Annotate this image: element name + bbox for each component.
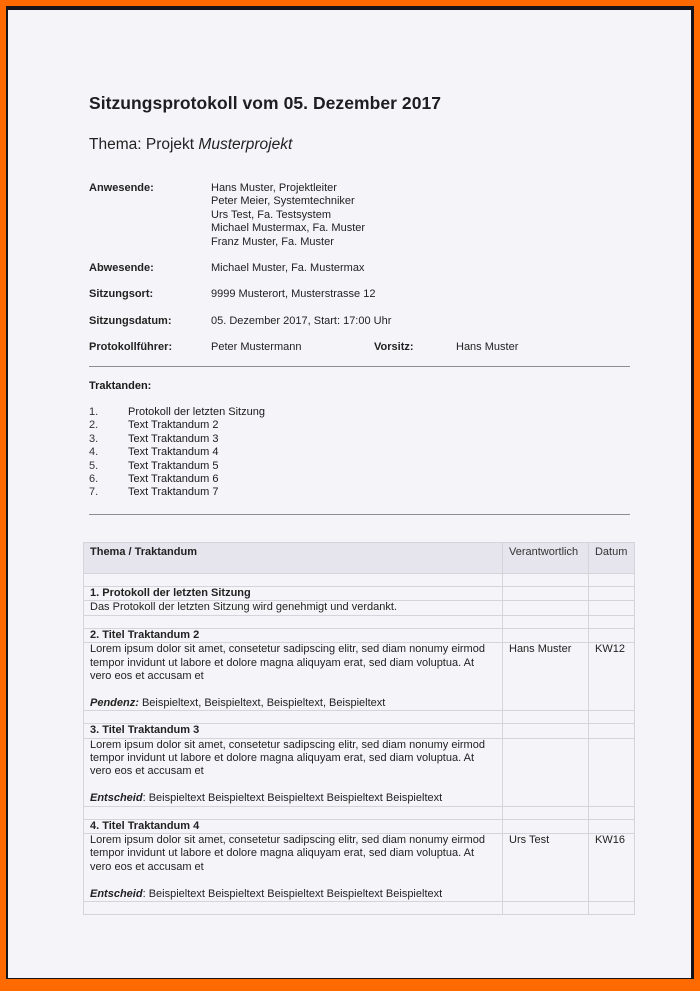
anwesende-label: Anwesende: (89, 182, 154, 194)
anwesende-list: Hans Muster, Projektleiter Peter Meier, … (211, 182, 365, 249)
date-cell (588, 601, 634, 615)
note-label: Entscheid (90, 888, 143, 900)
traktanden-heading: Traktanden: (89, 380, 151, 392)
note-label: Entscheid (90, 792, 143, 804)
item-text: Text Traktandum 4 (128, 446, 219, 459)
abwesende-value: Michael Muster, Fa. Mustermax (211, 262, 364, 275)
cell (503, 724, 589, 738)
table-row (84, 806, 635, 819)
table-row (84, 615, 635, 628)
note-text: Beispieltext, Beispieltext, Beispieltext… (139, 697, 385, 709)
responsible-cell (503, 738, 589, 806)
sitzungsdatum-value: 05. Dezember 2017, Start: 17:00 Uhr (211, 315, 391, 328)
item-number: 6. (89, 473, 98, 486)
thema-label: Thema: Projekt (89, 136, 198, 153)
item-text: Text Traktandum 6 (128, 473, 219, 486)
note-label: Pendenz: (90, 697, 139, 709)
table-row: Lorem ipsum dolor sit amet, consetetur s… (84, 643, 635, 711)
attendee: Peter Meier, Systemtechniker (211, 195, 365, 208)
section-title: 1. Protokoll der letzten Sitzung (84, 587, 503, 601)
note-text: : Beispieltext Beispieltext Beispieltext… (143, 792, 443, 804)
cell (588, 615, 634, 628)
cell (588, 806, 634, 819)
table-row: 1. Protokoll der letzten Sitzung (84, 587, 635, 601)
attendee: Franz Muster, Fa. Muster (211, 236, 365, 249)
section-note: Pendenz: Beispieltext, Beispieltext, Bei… (90, 697, 496, 710)
table-row: Lorem ipsum dolor sit amet, consetetur s… (84, 738, 635, 806)
cell (84, 806, 503, 819)
section-body: Lorem ipsum dolor sit amet, consetetur s… (90, 739, 496, 779)
table-row: Lorem ipsum dolor sit amet, consetetur s… (84, 834, 635, 902)
section-body: Lorem ipsum dolor sit amet, consetetur s… (90, 643, 496, 683)
responsible-cell: Hans Muster (503, 643, 589, 711)
responsible-cell: Urs Test (503, 834, 589, 902)
section-title: 4. Titel Traktandum 4 (84, 819, 503, 833)
section-body: Das Protokoll der letzten Sitzung wird g… (84, 601, 503, 615)
attendee: Michael Mustermax, Fa. Muster (211, 222, 365, 235)
document-page: Sitzungsprotokoll vom 05. Dezember 2017 … (8, 10, 691, 978)
cell (588, 711, 634, 724)
sitzungsdatum-label: Sitzungsdatum: (89, 315, 172, 327)
item-number: 3. (89, 433, 98, 446)
cell (503, 819, 589, 833)
section-note: Entscheid: Beispieltext Beispieltext Bei… (90, 792, 496, 805)
protokollfuehrer-value: Peter Mustermann (211, 341, 301, 354)
cell (503, 711, 589, 724)
item-number: 5. (89, 460, 98, 473)
cell (84, 574, 503, 587)
column-header-verantwortlich: Verantwortlich (503, 543, 589, 574)
table-row: 4. Titel Traktandum 4 (84, 819, 635, 833)
cell (588, 587, 634, 601)
cell (503, 574, 589, 587)
item-text: Text Traktandum 2 (128, 419, 219, 432)
cell (503, 806, 589, 819)
item-number: 4. (89, 446, 98, 459)
thema-value: Musterprojekt (198, 136, 292, 153)
attendee: Hans Muster, Projektleiter (211, 182, 365, 195)
item-number: 7. (89, 486, 98, 499)
table-row: 3. Titel Traktandum 3 (84, 724, 635, 738)
divider (89, 366, 630, 367)
item-text: Protokoll der letzten Sitzung (128, 406, 265, 419)
cell (503, 902, 589, 915)
section-body-cell: Lorem ipsum dolor sit amet, consetetur s… (84, 643, 503, 711)
note-text: : Beispieltext Beispieltext Beispieltext… (143, 888, 443, 900)
vorsitz-value: Hans Muster (456, 341, 518, 353)
date-cell (588, 738, 634, 806)
section-body: Lorem ipsum dolor sit amet, consetetur s… (90, 834, 496, 874)
table-row: Das Protokoll der letzten Sitzung wird g… (84, 601, 635, 615)
sitzungsort-value: 9999 Musterort, Musterstrasse 12 (211, 288, 375, 301)
cell (588, 628, 634, 642)
sitzungsort-label: Sitzungsort: (89, 288, 153, 300)
cell (84, 615, 503, 628)
attendee: Urs Test, Fa. Testsystem (211, 209, 365, 222)
responsible-cell (503, 601, 589, 615)
date-cell: KW16 (588, 834, 634, 902)
cell (588, 819, 634, 833)
abwesende-label: Abwesende: (89, 262, 154, 274)
item-number: 1. (89, 406, 98, 419)
cell (84, 711, 503, 724)
table-row (84, 574, 635, 587)
page-title: Sitzungsprotokoll vom 05. Dezember 2017 (89, 93, 441, 114)
section-title: 2. Titel Traktandum 2 (84, 628, 503, 642)
section-body-cell: Lorem ipsum dolor sit amet, consetetur s… (84, 738, 503, 806)
table-header-row: Thema / Traktandum Verantwortlich Datum (84, 543, 635, 574)
section-title: 3. Titel Traktandum 3 (84, 724, 503, 738)
table-row (84, 902, 635, 915)
thema-line: Thema: Projekt Musterprojekt (89, 136, 292, 154)
cell (588, 724, 634, 738)
cell (84, 902, 503, 915)
section-body-cell: Lorem ipsum dolor sit amet, consetetur s… (84, 834, 503, 902)
item-number: 2. (89, 419, 98, 432)
item-text: Text Traktandum 3 (128, 433, 219, 446)
cell (588, 902, 634, 915)
item-text: Text Traktandum 7 (128, 486, 219, 499)
cell (503, 628, 589, 642)
vorsitz-label: Vorsitz: (374, 341, 414, 353)
cell (503, 615, 589, 628)
column-header-thema: Thema / Traktandum (84, 543, 503, 574)
item-text: Text Traktandum 5 (128, 460, 219, 473)
cell (503, 587, 589, 601)
protokollfuehrer-label: Protokollführer: (89, 341, 172, 353)
table-row (84, 711, 635, 724)
cell (588, 574, 634, 587)
date-cell: KW12 (588, 643, 634, 711)
divider (89, 514, 630, 515)
section-note: Entscheid: Beispieltext Beispieltext Bei… (90, 888, 496, 901)
protocol-table: Thema / Traktandum Verantwortlich Datum … (83, 542, 635, 915)
column-header-datum: Datum (588, 543, 634, 574)
table-row: 2. Titel Traktandum 2 (84, 628, 635, 642)
